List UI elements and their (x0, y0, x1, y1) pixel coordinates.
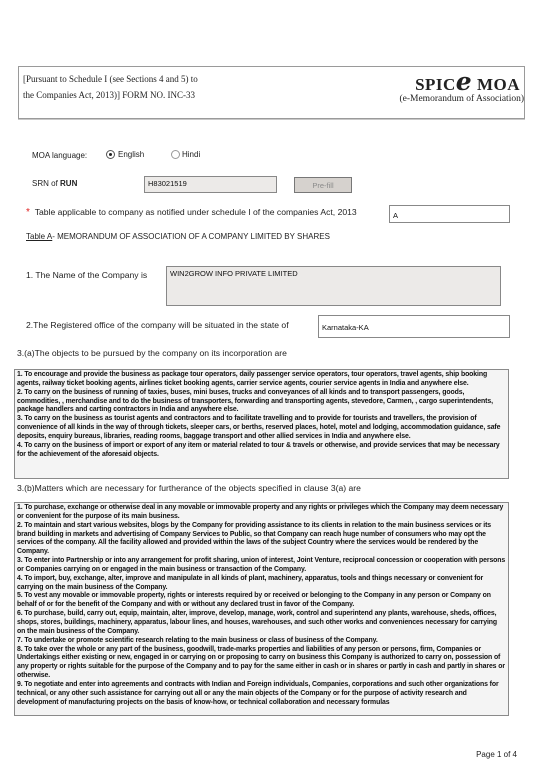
table-applicable-label: * Table applicable to company as notifie… (26, 207, 357, 218)
required-marker: * (26, 207, 30, 218)
page-number: Page 1 of 4 (476, 750, 517, 759)
radio-hindi-label: Hindi (182, 150, 200, 159)
form-subtitle: (e-Memorandum of Association) (399, 94, 524, 104)
srn-label: SRN of RUN (32, 179, 77, 188)
furtherance-item: 8. To take over the whole or any part of… (17, 646, 506, 681)
furtherance-item: 5. To vest any movable or immovable prop… (17, 592, 506, 610)
furtherance-item: 2. To maintain and start various website… (17, 522, 506, 557)
radio-hindi[interactable]: Hindi (171, 150, 200, 159)
title-prefix: SPIC (415, 75, 456, 94)
company-name-input[interactable]: WIN2GROW INFO PRIVATE LIMITED (166, 266, 501, 306)
registered-office-label: 2.The Registered office of the company w… (26, 320, 289, 330)
table-a-link[interactable]: Table A (26, 232, 52, 241)
table-applicable-text: Table applicable to company as notified … (35, 207, 357, 217)
srn-label-prefix: SRN of (32, 179, 60, 188)
radio-english[interactable]: English (106, 150, 144, 159)
table-a-heading-text: - MEMORANDUM OF ASSOCIATION OF A COMPANY… (52, 232, 330, 241)
citation-line-2: the Companies Act, 2013)] FORM NO. INC-3… (23, 87, 198, 103)
object-item: 4. To carry on the business of import or… (17, 442, 506, 460)
table-a-heading: Table A- MEMORANDUM OF ASSOCIATION OF A … (26, 232, 330, 241)
moa-language-label: MOA language: (32, 151, 87, 160)
title-e-glyph: e (456, 67, 472, 96)
form-citation: [Pursuant to Schedule I (see Sections 4 … (23, 71, 198, 103)
radio-unselected-icon[interactable] (171, 150, 180, 159)
furtherance-item: 4. To import, buy, exchange, alter, impr… (17, 575, 506, 593)
furtherance-item: 7. To undertake or promote scientific re… (17, 637, 506, 646)
company-name-label: 1. The Name of the Company is (26, 270, 147, 280)
furtherance-item: 6. To purchase, build, carry out, equip,… (17, 610, 506, 637)
radio-selected-icon[interactable] (106, 150, 115, 159)
form-title: SPICe MOA (415, 67, 520, 96)
furtherance-item: 1. To purchase, exchange or otherwise de… (17, 504, 506, 522)
registered-office-input[interactable]: Karnataka-KA (318, 315, 510, 338)
citation-line-1: [Pursuant to Schedule I (see Sections 4 … (23, 71, 198, 87)
srn-label-run: RUN (60, 179, 77, 188)
srn-input[interactable]: H83021519 (144, 176, 277, 193)
object-item: 3. To carry on the business as tourist a… (17, 415, 506, 442)
objects-furtherance-textarea[interactable]: 1. To purchase, exchange or otherwise de… (14, 502, 509, 716)
form-header: [Pursuant to Schedule I (see Sections 4 … (18, 66, 525, 119)
objects-main-label: 3.(a)The objects to be pursued by the co… (17, 348, 287, 358)
radio-english-label: English (118, 150, 144, 159)
furtherance-item: 9. To negotiate and enter into agreement… (17, 681, 506, 708)
title-suffix: MOA (472, 75, 520, 94)
object-item: 1. To encourage and provide the business… (17, 371, 506, 389)
objects-main-textarea[interactable]: 1. To encourage and provide the business… (14, 369, 509, 479)
prefill-button[interactable]: Pre-fill (294, 177, 352, 193)
objects-furtherance-label: 3.(b)Matters which are necessary for fur… (17, 483, 361, 493)
furtherance-item: 3. To enter into Partnership or into any… (17, 557, 506, 575)
table-applicable-input[interactable]: A (389, 205, 510, 223)
object-item: 2. To carry on the business of running o… (17, 389, 506, 416)
